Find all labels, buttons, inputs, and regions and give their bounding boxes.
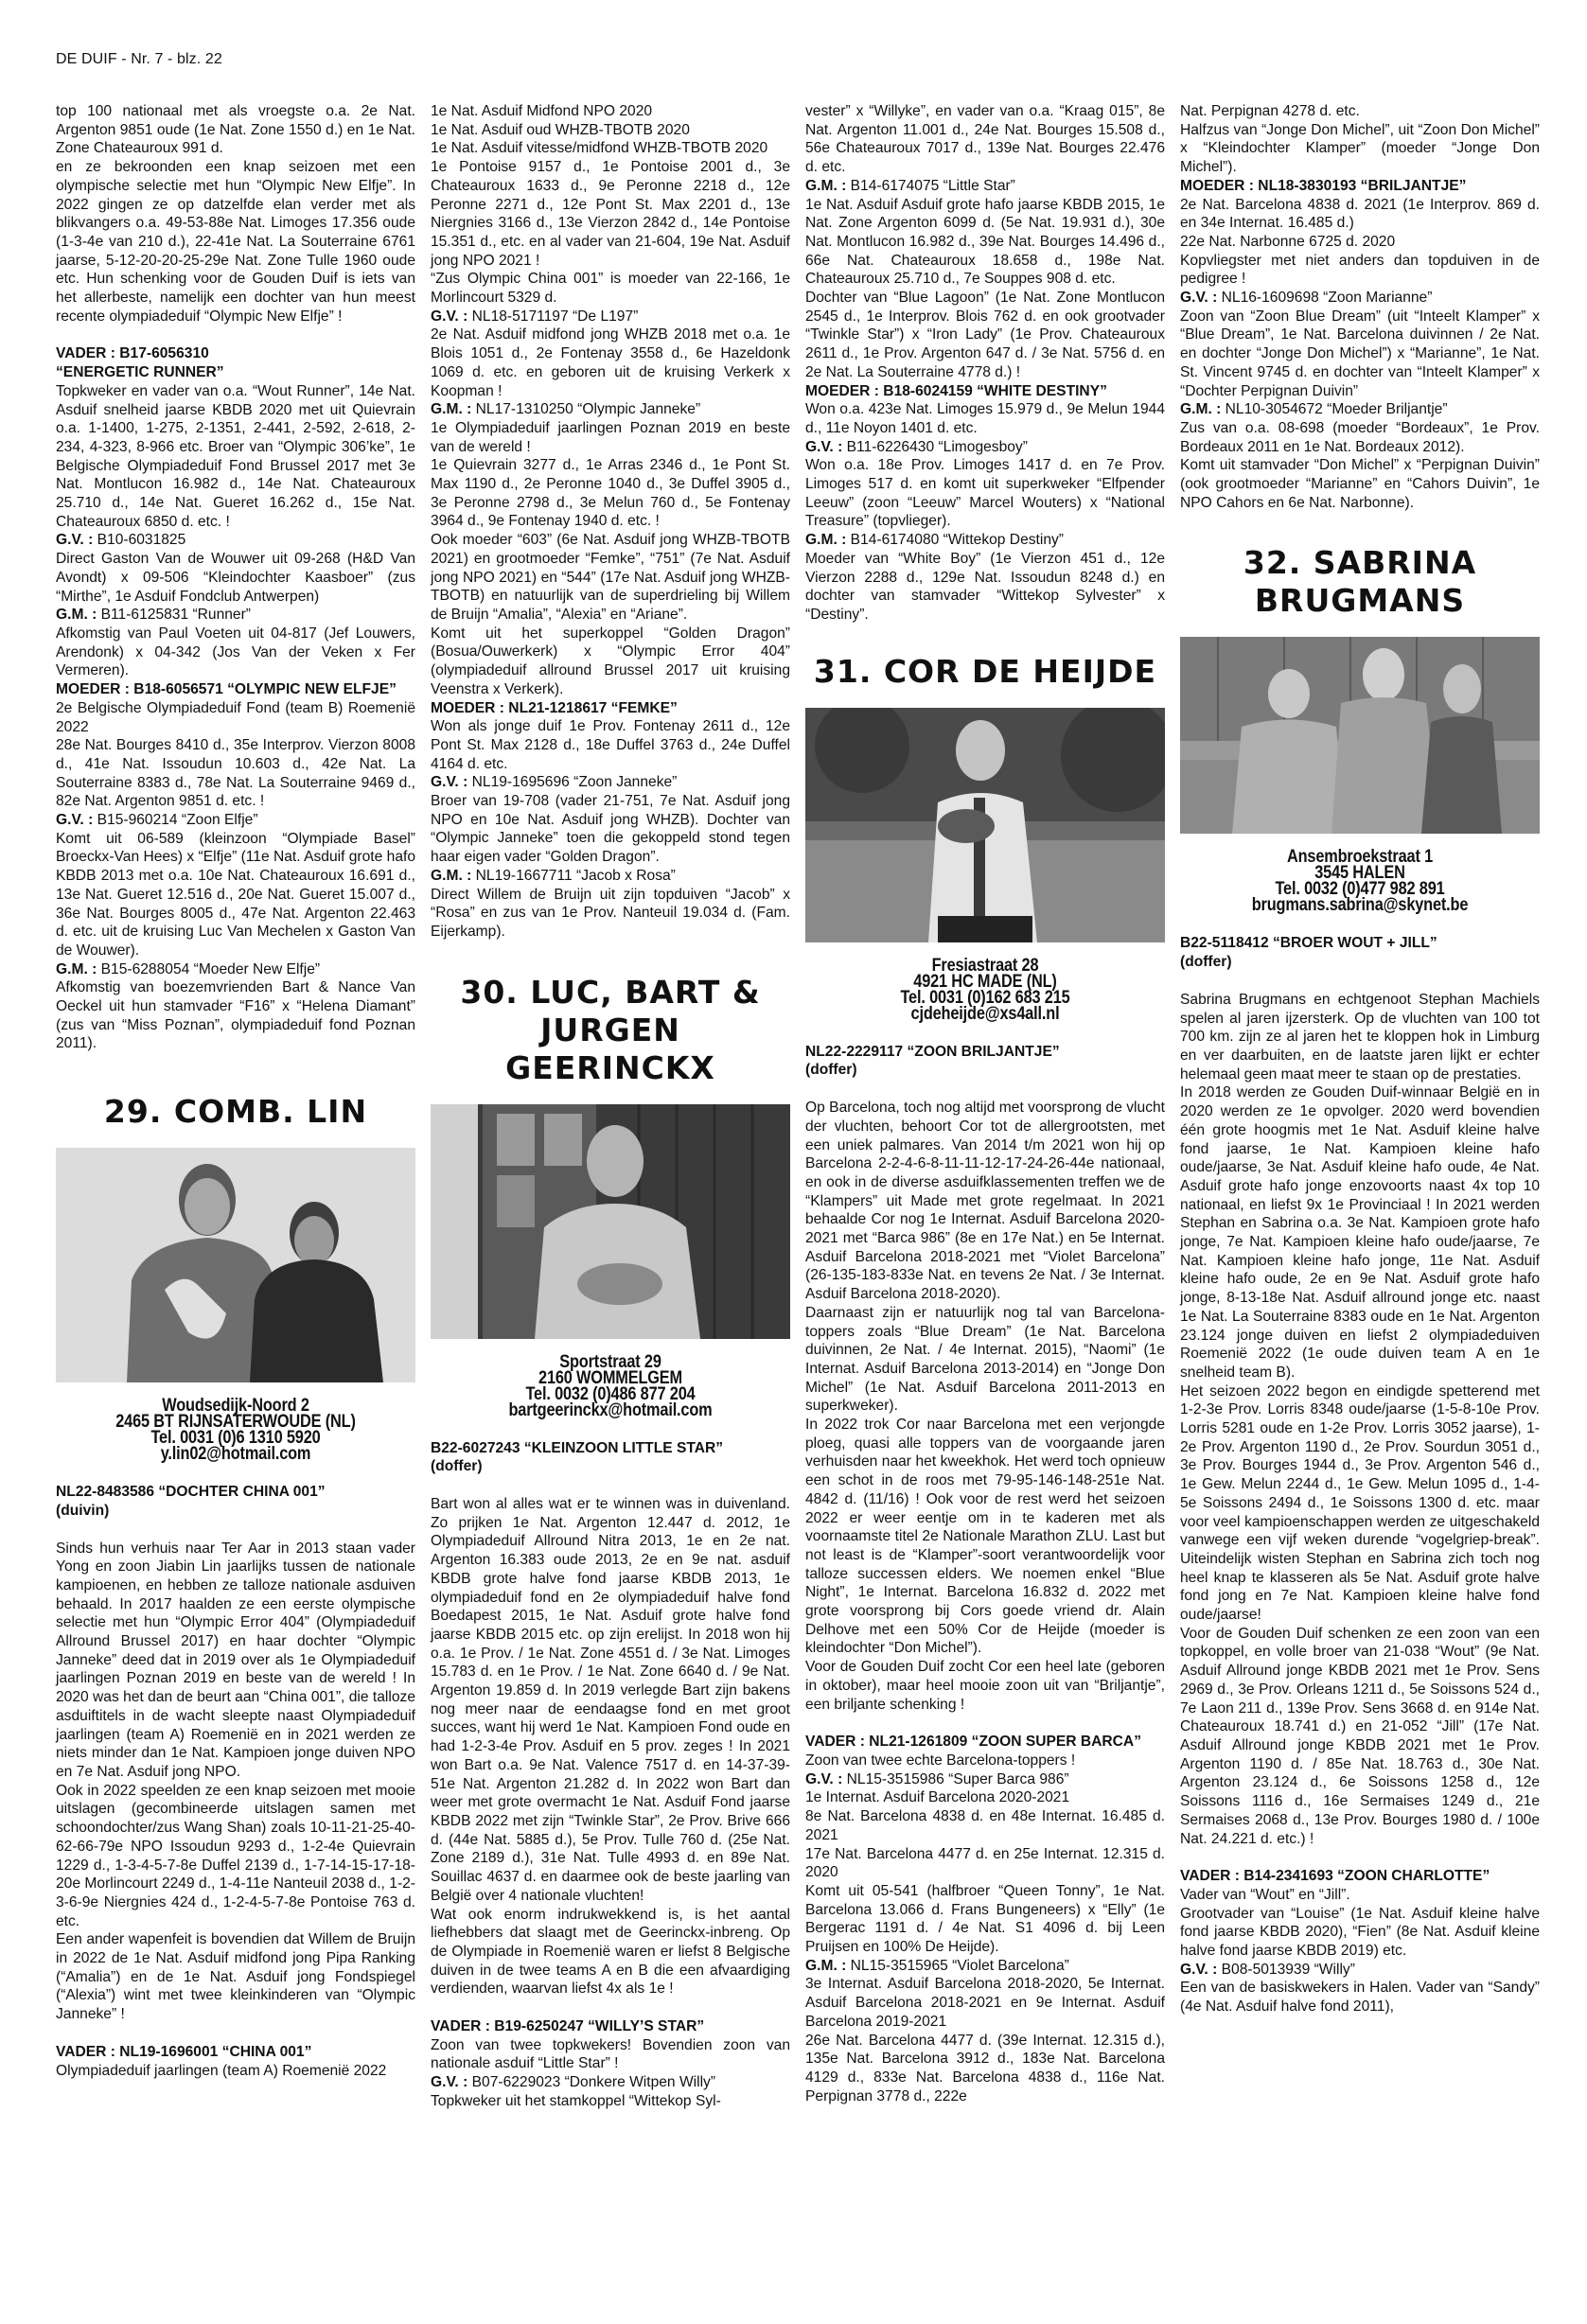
photo-cor-de-heijde	[805, 708, 1165, 942]
gv-label: G.V. :	[805, 439, 842, 455]
photo-illustration-icon	[431, 1104, 790, 1339]
column-3: vester” x “Willyke”, en vader van o.a. “…	[805, 102, 1165, 2105]
gv-value: NL19-1695696 “Zoon Janneke”	[467, 774, 677, 790]
body-text: 2e Nat. Barcelona 4838 d. 2021 (1e Inter…	[1180, 196, 1540, 233]
gv-value: B07-6229023 “Donkere Witpen Willy”	[467, 2074, 715, 2090]
body-text: Een ander wapenfeit is bovendien dat Wil…	[56, 1930, 415, 2024]
gv-label: G.V. :	[1180, 290, 1217, 306]
pigeon-title: B22-5118412 “BROER WOUT + JILL”	[1180, 934, 1540, 953]
gm-value: NL10-3054672 “Moeder Briljantje”	[1221, 401, 1447, 417]
body-text: Dochter van “Blue Lagoon” (1e Nat. Zone …	[805, 289, 1165, 382]
body-text: Ook moeder “603” (6e Nat. Asduif jong WH…	[431, 531, 790, 625]
body-text: Topkweker en vader van o.a. “Wout Runner…	[56, 382, 415, 532]
pigeon-title: NL22-2229117 “ZOON BRILJANTJE”	[805, 1043, 1165, 1062]
address-email[interactable]: bartgeerinckx@hotmail.com	[456, 1402, 766, 1418]
body-text: Ook in 2022 speelden ze een knap seizoen…	[56, 1782, 415, 1931]
pedigree-line: G.M. : NL19-1667711 “Jacob x Rosa”	[431, 867, 790, 886]
body-text: Afkomstig van boezemvrienden Bart & Nanc…	[56, 978, 415, 1053]
pigeon-sex: (doffer)	[805, 1061, 1165, 1080]
body-text: Bart won al alles wat er te winnen was i…	[431, 1495, 790, 1905]
pedigree-line: G.M. : B14-6174075 “Little Star”	[805, 177, 1165, 196]
moeder-heading: MOEDER : B18-6024159 “WHITE DESTINY”	[805, 382, 1165, 401]
body-text: Het seizoen 2022 begon en eindigde spett…	[1180, 1382, 1540, 1625]
section-heading-line: 32. Sabrina	[1180, 544, 1540, 582]
body-text: Voor de Gouden Duif schenken ze een zoon…	[1180, 1625, 1540, 1848]
pigeon-title: B22-6027243 “KLEINZOON LITTLE STAR”	[431, 1439, 790, 1458]
body-text: Kopvliegster met niet anders dan topduiv…	[1180, 252, 1540, 289]
gv-label: G.V. :	[431, 2074, 467, 2090]
pedigree-line: G.M. : B15-6288054 “Moeder New Elfje”	[56, 960, 415, 979]
address-block: Ansembroekstraat 1 3545 HALEN Tel. 0032 …	[1206, 849, 1515, 913]
photo-brugmans	[1180, 637, 1540, 834]
photo-illustration-icon	[56, 1148, 415, 1382]
moeder-heading: MOEDER : NL21-1218617 “FEMKE”	[431, 699, 790, 718]
moeder-heading: MOEDER : NL18-3830193 “BRILJANTJE”	[1180, 177, 1540, 196]
body-text: “Zus Olympic China 001” is moeder van 22…	[431, 270, 790, 307]
photo-illustration-icon	[1180, 637, 1540, 834]
gv-value: B11-6226430 “Limogesboy”	[842, 439, 1028, 455]
gv-value: B10-6031825	[93, 532, 185, 548]
gv-value: NL15-3515986 “Super Barca 986”	[842, 1771, 1068, 1787]
section-heading-line: 30. Luc, Bart &	[431, 974, 790, 1012]
body-text: Een van de basiskwekers in Halen. Vader …	[1180, 1979, 1540, 2016]
body-text: 1e Nat. Asduif Midfond NPO 2020	[431, 102, 790, 121]
pedigree-line: G.M. : NL17-1310250 “Olympic Janneke”	[431, 400, 790, 419]
gv-label: G.V. :	[805, 1771, 842, 1787]
body-text: Vader van “Wout” en “Jill”.	[1180, 1886, 1540, 1905]
pigeon-sex: (duivin)	[56, 1502, 415, 1521]
address-block: Fresiastraat 28 4921 HC MADE (NL) Tel. 0…	[831, 958, 1140, 1022]
body-text: 26e Nat. Barcelona 4477 d. (39e Internat…	[805, 2032, 1165, 2106]
body-text: Topkweker uit het stamkoppel “Wittekop S…	[431, 2092, 790, 2111]
gm-value: B14-6174080 “Wittekop Destiny”	[846, 532, 1064, 548]
column-2: 1e Nat. Asduif Midfond NPO 2020 1e Nat. …	[431, 102, 790, 2111]
gm-label: G.M. :	[56, 961, 97, 977]
running-head: DE DUIF - Nr. 7 - blz. 22	[56, 51, 222, 68]
pedigree-line: G.M. : B11-6125831 “Runner”	[56, 606, 415, 625]
body-text: Sinds hun verhuis naar Ter Aar in 2013 s…	[56, 1540, 415, 1782]
section-heading: 29. Comb. Lin	[56, 1093, 415, 1131]
gm-label: G.M. :	[56, 607, 97, 623]
pedigree-line: G.V. : NL18-5171197 “De L197”	[431, 308, 790, 326]
body-text: Olympiadeduif jaarlingen (team A) Roemen…	[56, 2062, 415, 2081]
gv-label: G.V. :	[431, 774, 467, 790]
body-text: Sabrina Brugmans en echtgenoot Stephan M…	[1180, 991, 1540, 1084]
body-text: Wat ook enorm indrukwekkend is, is het a…	[431, 1906, 790, 1999]
body-text: 1e Pontoise 9157 d., 1e Pontoise 2001 d.…	[431, 158, 790, 270]
section-heading-line: Brugmans	[1180, 582, 1540, 620]
pedigree-line: G.V. : NL16-1609698 “Zoon Marianne”	[1180, 289, 1540, 308]
body-text: Won o.a. 18e Prov. Limoges 1417 d. en 7e…	[805, 456, 1165, 531]
gm-value: B14-6174075 “Little Star”	[846, 178, 1015, 194]
vader-name: “ENERGETIC RUNNER”	[56, 363, 415, 382]
gm-label: G.M. :	[805, 178, 846, 194]
body-text: 22e Nat. Narbonne 6725 d. 2020	[1180, 233, 1540, 252]
pedigree-line: G.M. : NL10-3054672 “Moeder Briljantje”	[1180, 400, 1540, 419]
gm-value: B15-6288054 “Moeder New Elfje”	[97, 961, 320, 977]
vader-heading: VADER : NL21-1261809 “ZOON SUPER BARCA”	[805, 1733, 1165, 1752]
body-text: In 2022 trok Cor naar Barcelona met een …	[805, 1416, 1165, 1658]
vader-heading: VADER : NL19-1696001 “CHINA 001”	[56, 2043, 415, 2062]
body-text: Moeder van “White Boy” (1e Vierzon 451 d…	[805, 550, 1165, 625]
body-text: Zoon van twee topkwekers! Bovendien zoon…	[431, 2036, 790, 2073]
column-1: top 100 nationaal met als vroegste o.a. …	[56, 102, 415, 2080]
vader-heading: VADER : B19-6250247 “WILLY’S STAR”	[431, 2017, 790, 2036]
body-text: 1e Nat. Asduif Asduif grote hafo jaarse …	[805, 196, 1165, 290]
address-email[interactable]: cjdeheijde@xs4all.nl	[831, 1006, 1140, 1022]
body-text: In 2018 werden ze Gouden Duif-winnaar Be…	[1180, 1083, 1540, 1382]
body-text: Afkomstig van Paul Voeten uit 04-817 (Je…	[56, 625, 415, 680]
body-text: Nat. Perpignan 4278 d. etc.	[1180, 102, 1540, 121]
gm-value: B11-6125831 “Runner”	[97, 607, 251, 623]
column-4: Nat. Perpignan 4278 d. etc. Halfzus van …	[1180, 102, 1540, 2016]
gm-value: NL15-3515965 “Violet Barcelona”	[846, 1958, 1069, 1974]
address-email[interactable]: y.lin02@hotmail.com	[81, 1446, 391, 1462]
photo-comb-lin	[56, 1148, 415, 1382]
pigeon-title: NL22-8483586 “DOCHTER CHINA 001”	[56, 1483, 415, 1502]
pigeon-sex: (doffer)	[1180, 953, 1540, 972]
photo-illustration-icon	[805, 708, 1165, 942]
pedigree-line: G.V. : B08-5013939 “Willy”	[1180, 1961, 1540, 1980]
body-text: 3e Internat. Asduif Barcelona 2018-2020,…	[805, 1975, 1165, 2031]
vader-heading: VADER : B14-2341693 “ZOON CHARLOTTE”	[1180, 1867, 1540, 1886]
gm-value: NL19-1667711 “Jacob x Rosa”	[471, 868, 676, 884]
body-text: 8e Nat. Barcelona 4838 d. en 48e Interna…	[805, 1807, 1165, 1844]
body-text: Op Barcelona, toch nog altijd met voorsp…	[805, 1099, 1165, 1304]
gv-label: G.V. :	[56, 532, 93, 548]
gm-label: G.M. :	[431, 868, 471, 884]
body-text: Daarnaast zijn er natuurlijk nog tal van…	[805, 1304, 1165, 1416]
address-email[interactable]: brugmans.sabrina@skynet.be	[1206, 897, 1515, 913]
gm-label: G.M. :	[805, 532, 846, 548]
body-text: en ze bekroonden een knap seizoen met ee…	[56, 158, 415, 326]
gv-label: G.V. :	[56, 812, 93, 828]
gv-label: G.V. :	[1180, 1962, 1217, 1978]
pedigree-line: G.V. : B15-960214 “Zoon Elfje”	[56, 811, 415, 830]
photo-geerinckx	[431, 1104, 790, 1339]
gm-label: G.M. :	[431, 401, 471, 417]
gv-label: G.V. :	[431, 308, 467, 325]
body-text: 2e Belgische Olympiadeduif Fond (team B)…	[56, 699, 415, 736]
gm-value: NL17-1310250 “Olympic Janneke”	[471, 401, 700, 417]
address-block: Woudsedijk-Noord 2 2465 BT RIJNSATERWOUD…	[81, 1398, 391, 1462]
vader-heading: VADER : B17-6056310	[56, 344, 415, 363]
gm-label: G.M. :	[1180, 401, 1221, 417]
body-text: 1e Nat. Asduif oud WHZB-TBOTB 2020	[431, 121, 790, 140]
pedigree-line: G.V. : B07-6229023 “Donkere Witpen Willy…	[431, 2073, 790, 2092]
body-text: Komt uit 05-541 (halfbroer “Queen Tonny”…	[805, 1882, 1165, 1957]
pedigree-line: G.V. : NL15-3515986 “Super Barca 986”	[805, 1770, 1165, 1789]
body-text: Direct Gaston Van de Wouwer uit 09-268 (…	[56, 550, 415, 606]
body-text: Komt uit stamvader “Don Michel” x “Perpi…	[1180, 456, 1540, 512]
body-text: top 100 nationaal met als vroegste o.a. …	[56, 102, 415, 158]
gv-value: B15-960214 “Zoon Elfje”	[93, 812, 257, 828]
body-text: Zoon van “Zoon Blue Dream” (uit “Inteelt…	[1180, 308, 1540, 401]
body-text: 2e Nat. Asduif midfond jong WHZB 2018 me…	[431, 326, 790, 400]
body-text: 1e Internat. Asduif Barcelona 2020-2021	[805, 1788, 1165, 1807]
gv-value: NL18-5171197 “De L197”	[467, 308, 638, 325]
body-text: Broer van 19-708 (vader 21-751, 7e Nat. …	[431, 792, 790, 867]
body-text: 1e Olympiadeduif jaarlingen Poznan 2019 …	[431, 419, 790, 456]
body-text: 28e Nat. Bourges 8410 d., 35e Interprov.…	[56, 736, 415, 811]
gm-label: G.M. :	[805, 1958, 846, 1974]
body-text: Won als jonge duif 1e Prov. Fontenay 261…	[431, 717, 790, 773]
body-text: Voor de Gouden Duif zocht Cor een heel l…	[805, 1658, 1165, 1714]
pedigree-line: G.M. : B14-6174080 “Wittekop Destiny”	[805, 531, 1165, 550]
section-heading: 32. Sabrina Brugmans	[1180, 544, 1540, 620]
pedigree-line: G.M. : NL15-3515965 “Violet Barcelona”	[805, 1957, 1165, 1976]
body-text: Zoon van twee echte Barcelona-toppers !	[805, 1752, 1165, 1770]
body-text: Won o.a. 423e Nat. Limoges 15.979 d., 9e…	[805, 400, 1165, 437]
body-text: Grootvader van “Louise” (1e Nat. Asduif …	[1180, 1905, 1540, 1961]
gv-value: B08-5013939 “Willy”	[1217, 1962, 1355, 1978]
pedigree-line: G.V. : B11-6226430 “Limogesboy”	[805, 438, 1165, 457]
body-text: Komt uit het superkoppel “Golden Dragon”…	[431, 625, 790, 699]
body-text: Direct Willem de Bruijn uit zijn topduiv…	[431, 886, 790, 942]
pigeon-sex: (doffer)	[431, 1457, 790, 1476]
pedigree-line: G.V. : B10-6031825	[56, 531, 415, 550]
moeder-heading: MOEDER : B18-6056571 “OLYMPIC NEW ELFJE”	[56, 680, 415, 699]
body-text: 1e Nat. Asduif vitesse/midfond WHZB-TBOT…	[431, 139, 790, 158]
section-heading: 31. Cor de Heijde	[805, 653, 1165, 691]
pedigree-line: G.V. : NL19-1695696 “Zoon Janneke”	[431, 773, 790, 792]
body-text: Komt uit 06-589 (kleinzoon “Olympiade Ba…	[56, 830, 415, 960]
body-text: Halfzus van “Jonge Don Michel”, uit “Zoo…	[1180, 121, 1540, 177]
body-text: 1e Quievrain 3277 d., 1e Arras 2346 d., …	[431, 456, 790, 531]
address-block: Sportstraat 29 2160 WOMMELGEM Tel. 0032 …	[456, 1354, 766, 1418]
gv-value: NL16-1609698 “Zoon Marianne”	[1217, 290, 1432, 306]
section-heading-line: Jurgen Geerinckx	[431, 1012, 790, 1087]
body-text: Zus van o.a. 08-698 (moeder “Bordeaux”, …	[1180, 419, 1540, 456]
section-heading: 30. Luc, Bart & Jurgen Geerinckx	[431, 974, 790, 1087]
body-text: vester” x “Willyke”, en vader van o.a. “…	[805, 102, 1165, 177]
body-text: 17e Nat. Barcelona 4477 d. en 25e Intern…	[805, 1845, 1165, 1882]
